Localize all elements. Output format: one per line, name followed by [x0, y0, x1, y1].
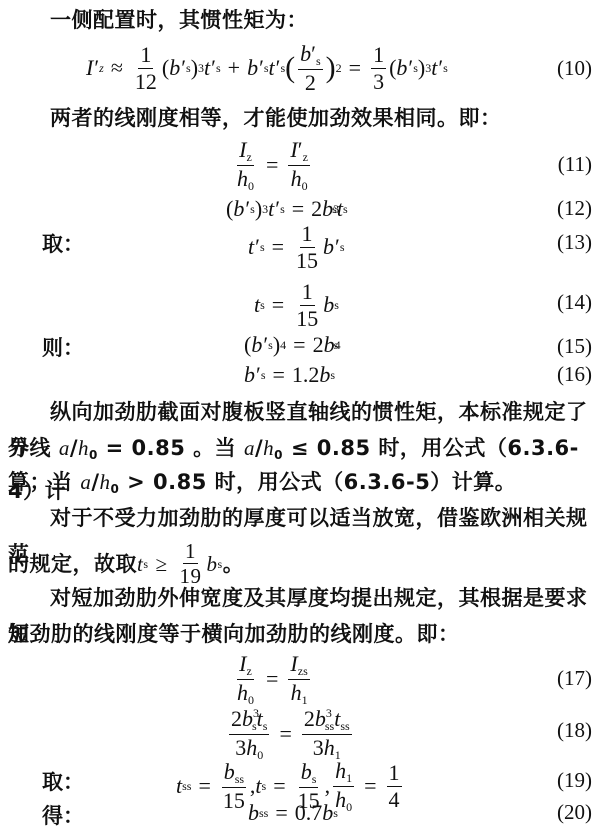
equation-number-17: (17)	[557, 666, 592, 691]
equation-number-19: (19)	[557, 768, 592, 793]
equation-number-12: (12)	[557, 196, 592, 221]
equation-number-11: (11)	[558, 152, 592, 177]
equation-number-10: (10)	[557, 56, 592, 81]
equation-number-14: (14)	[557, 290, 592, 315]
paragraph-one-side-config: 一侧配置时，其惯性矩为：	[8, 2, 596, 38]
equation-11: Izh0 = I′zh0	[232, 138, 313, 192]
label-take-1: 取：	[42, 228, 84, 258]
equation-18: 2b3sts3h0 = 2b3sstss3h1	[226, 706, 355, 762]
label-get: 得：	[42, 800, 84, 830]
label-take-2: 取：	[42, 766, 84, 796]
equation-number-16: (16)	[557, 362, 592, 387]
paragraph-short-stiffener-line2: 加劲肋的线刚度等于横向加劲肋的线刚度。即：	[8, 616, 596, 652]
equation-number-18: (18)	[557, 718, 592, 743]
label-then: 则：	[42, 332, 84, 362]
equation-number-20: (20)	[557, 800, 592, 825]
equation-17: Izh0 = Izsh1	[232, 652, 313, 706]
equation-10: I′z ≈ 112 (b′s)3t′s + b′st′s (b′s2)2 = 1…	[86, 40, 448, 96]
document-page: 一侧配置时，其惯性矩为： I′z ≈ 112 (b′s)3t′s + b′st′…	[0, 0, 600, 830]
equation-13: t′s = 115 b′s	[248, 222, 345, 272]
equation-20: bss = 0.7bs	[248, 796, 338, 830]
equation-12: (b′s)3t′s = 2b3sts	[226, 192, 348, 226]
equation-14: ts = 115 bs	[254, 280, 339, 330]
paragraph-equal-stiffness: 两者的线刚度相等，才能使加劲效果相同。即：	[8, 100, 596, 136]
equation-number-15: (15)	[557, 334, 592, 359]
equation-number-13: (13)	[557, 230, 592, 255]
equation-16: b′s = 1.2bs	[244, 358, 335, 392]
equation-15: (b′s)4 = 2b4s	[244, 328, 338, 362]
